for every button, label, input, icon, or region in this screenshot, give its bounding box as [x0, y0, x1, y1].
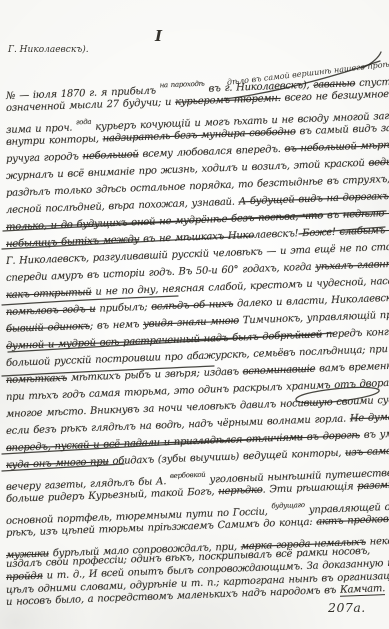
struck-text: гаванью	[313, 78, 355, 91]
struck-text: пройдя	[6, 571, 43, 583]
handwritten-text: на пароходѣ	[159, 80, 204, 90]
handwritten-text: всему любовался впередъ.	[138, 144, 284, 160]
struck-text: помѣловъ годъ и	[6, 304, 96, 318]
struck-text: нерѣдко	[218, 485, 263, 498]
handwritten-text: ручуга городъ	[6, 151, 83, 165]
handwritten-text: далеко и власти, Николаевскій напевный	[233, 291, 389, 310]
page-number: 207a.	[328, 600, 366, 615]
struck-text: небольшой	[82, 149, 138, 162]
handwritten-text: спустя путь былъ очень недуренъ, до усть…	[355, 69, 389, 89]
struck-text: въ небольшой мѣрѣ	[284, 140, 389, 155]
handwritten-text: вербовкой	[170, 471, 206, 480]
handwritten-text: вамъ временнаго и пока тихонько	[315, 357, 389, 375]
handwritten-text: Тимчинокъ, управляющій презлой,	[239, 309, 389, 327]
struck-text: небылицъ бытіхъ между	[6, 234, 140, 250]
handwritten-text: въ не мѣшкахъ	[139, 231, 228, 245]
handwritten-text: Камчат.	[340, 583, 386, 597]
struck-text: уѣхалъ главнѣйшихъ	[315, 258, 389, 273]
struck-text: изъ самой дороги и	[345, 444, 389, 459]
struck-text: ведь дальнѣйшихъ знали	[368, 153, 389, 169]
handwritten-text: управляющей около м. г. остальной	[305, 498, 389, 516]
struck-text: недѣлю изъ года 1855	[343, 205, 389, 220]
handwritten-text: мѣткихъ рыбъ и звѣря; издавъ	[67, 366, 243, 383]
struck-text: вспоминавшіе	[242, 364, 315, 378]
struck-text: какъ открытый	[6, 287, 92, 301]
struck-text: Не думаешь ли уѣхать	[350, 409, 389, 425]
handwritten-text: . Эти рѣшающія	[262, 481, 357, 495]
handwritten-text: передъ конгресса вновь	[322, 325, 389, 341]
handwritten-text: обидахъ (зубы выучишь) ведущей конторы,	[108, 448, 345, 468]
struck-text: куда онъ много при	[6, 456, 109, 471]
manuscript-body: № — іюля 1870 г. я прибылъ на пароходѣ в…	[0, 0, 389, 629]
struck-text: вслѣдъ об нихъ	[151, 299, 233, 313]
handwritten-text: года	[76, 118, 91, 127]
manuscript-page: I Г. Николаевскъ). дѣло въ самой вершинѣ…	[0, 0, 389, 629]
struck-text: увидя знали мною	[143, 315, 239, 330]
handwritten-text: прибылъ;	[95, 302, 151, 315]
handwritten-text: лесной послѣдней, вѣра похожая, узнавай.	[6, 196, 239, 216]
struck-text: А будущей видъ на дорогахъ пощади въ	[238, 189, 389, 208]
struck-text: бывшій одинокъ	[6, 321, 90, 335]
struck-text: помѣткахъ	[6, 373, 67, 386]
handwritten-text: ; въ немъ	[90, 319, 144, 332]
struck-text: слабымъ виднѣе. Упраздн.	[339, 222, 389, 238]
handwritten-text: внутри конторы,	[6, 133, 103, 148]
handwritten-text: будущаго	[271, 501, 305, 510]
handwritten-text: Николаевскъ! Боже!	[228, 227, 340, 242]
handwritten-text: въ умныхъ	[360, 428, 389, 441]
handwritten-text: въ	[323, 210, 343, 222]
